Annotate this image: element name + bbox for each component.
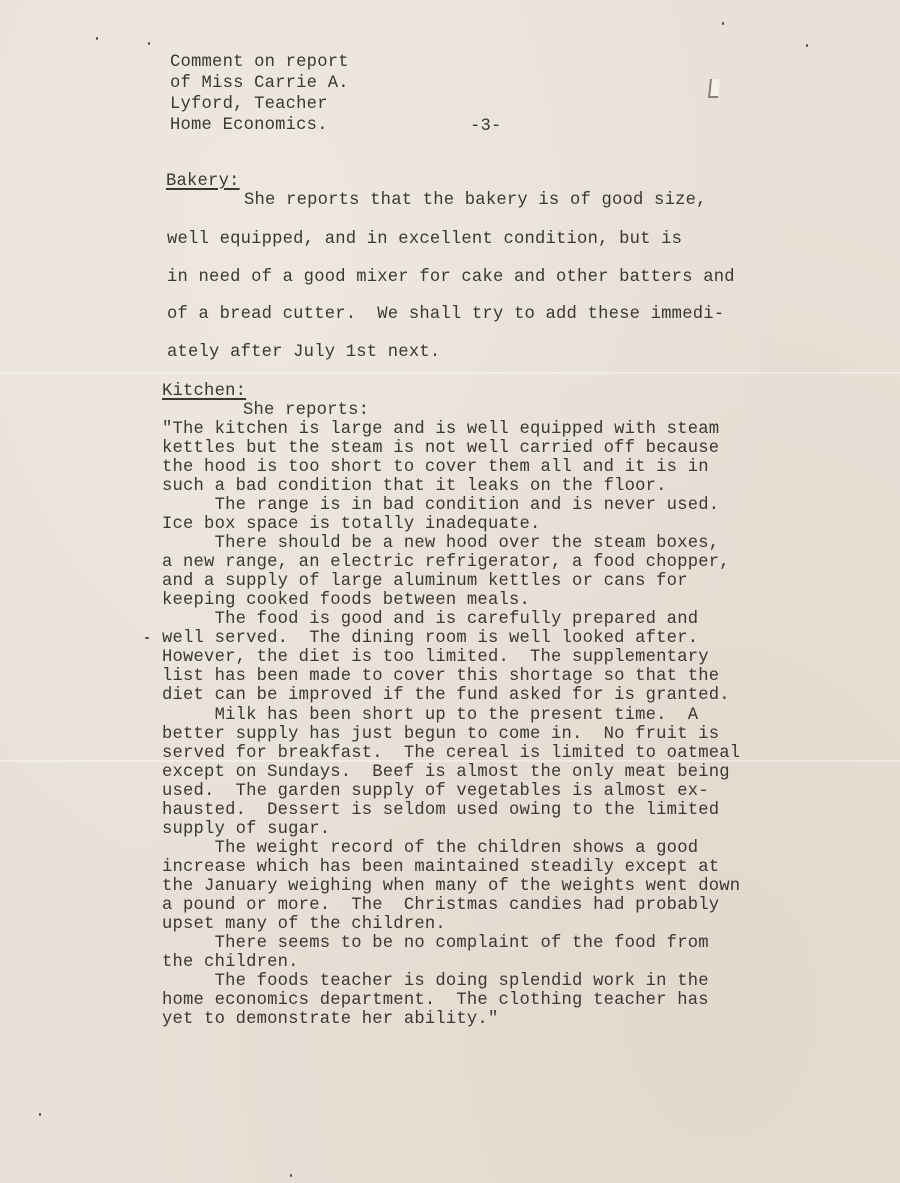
kitchen-line: Milk has been short up to the present ti…: [162, 706, 698, 725]
kitchen-line: "The kitchen is large and is well equipp…: [162, 420, 719, 439]
header-line-1: Comment on report: [170, 53, 349, 72]
kitchen-line: upset many of the children.: [162, 915, 446, 934]
kitchen-line: the children.: [162, 953, 299, 972]
bakery-line: She reports that the bakery is of good s…: [244, 191, 707, 210]
bakery-line: in need of a good mixer for cake and oth…: [167, 268, 735, 287]
paper-speck: [806, 44, 808, 47]
kitchen-line: a pound or more. The Christmas candies h…: [162, 896, 719, 915]
paper-speck: [39, 1113, 41, 1116]
bakery-line: well equipped, and in excellent conditio…: [167, 230, 682, 249]
kitchen-line: hausted. Dessert is seldom used owing to…: [162, 801, 719, 820]
kitchen-line: the hood is too short to cover them all …: [162, 458, 709, 477]
kitchen-line: except on Sundays. Beef is almost the on…: [162, 763, 730, 782]
paper-speck: [148, 42, 150, 45]
paper-speck: [145, 637, 149, 639]
kitchen-line: increase which has been maintained stead…: [162, 858, 719, 877]
kitchen-line: Ice box space is totally inadequate.: [162, 515, 541, 534]
kitchen-line: such a bad condition that it leaks on th…: [162, 477, 667, 496]
header-line-3: Lyford, Teacher: [170, 95, 328, 114]
kitchen-line: used. The garden supply of vegetables is…: [162, 782, 709, 801]
kitchen-line: home economics department. The clothing …: [162, 991, 709, 1010]
kitchen-line: The weight record of the children shows …: [162, 839, 698, 858]
page-number: -3-: [470, 117, 502, 136]
kitchen-line: kettles but the steam is not well carrie…: [162, 439, 719, 458]
kitchen-line: supply of sugar.: [162, 820, 330, 839]
kitchen-line: diet can be improved if the fund asked f…: [162, 686, 730, 705]
kitchen-line: There should be a new hood over the stea…: [162, 534, 719, 553]
kitchen-intro: She reports:: [243, 401, 369, 420]
kitchen-line: better supply has just begun to come in.…: [162, 725, 719, 744]
bakery-line: ately after July 1st next.: [167, 343, 440, 362]
kitchen-line: served for breakfast. The cereal is limi…: [162, 744, 740, 763]
kitchen-line: well served. The dining room is well loo…: [162, 629, 698, 648]
staple-hole-icon: [708, 79, 720, 98]
kitchen-line: a new range, an electric refrigerator, a…: [162, 553, 730, 572]
kitchen-line: and a supply of large aluminum kettles o…: [162, 572, 688, 591]
kitchen-line: the January weighing when many of the we…: [162, 877, 740, 896]
bakery-heading: Bakery:: [166, 172, 240, 191]
paper-speck: [96, 37, 98, 40]
kitchen-line: keeping cooked foods between meals.: [162, 591, 530, 610]
bakery-line: of a bread cutter. We shall try to add t…: [167, 305, 724, 324]
paper-speck: [722, 22, 724, 25]
kitchen-line: list has been made to cover this shortag…: [162, 667, 719, 686]
paper-page: Comment on report of Miss Carrie A. Lyfo…: [0, 0, 900, 1183]
paper-fold-line: [0, 372, 900, 374]
kitchen-line: yet to demonstrate her ability.": [162, 1010, 498, 1029]
header-line-2: of Miss Carrie A.: [170, 74, 349, 93]
kitchen-line: However, the diet is too limited. The su…: [162, 648, 709, 667]
kitchen-line: The food is good and is carefully prepar…: [162, 610, 698, 629]
kitchen-heading: Kitchen:: [162, 382, 246, 401]
header-line-4: Home Economics.: [170, 116, 328, 135]
kitchen-line: There seems to be no complaint of the fo…: [162, 934, 709, 953]
kitchen-line: The foods teacher is doing splendid work…: [162, 972, 709, 991]
paper-speck: [290, 1174, 292, 1177]
kitchen-line: The range is in bad condition and is nev…: [162, 496, 719, 515]
